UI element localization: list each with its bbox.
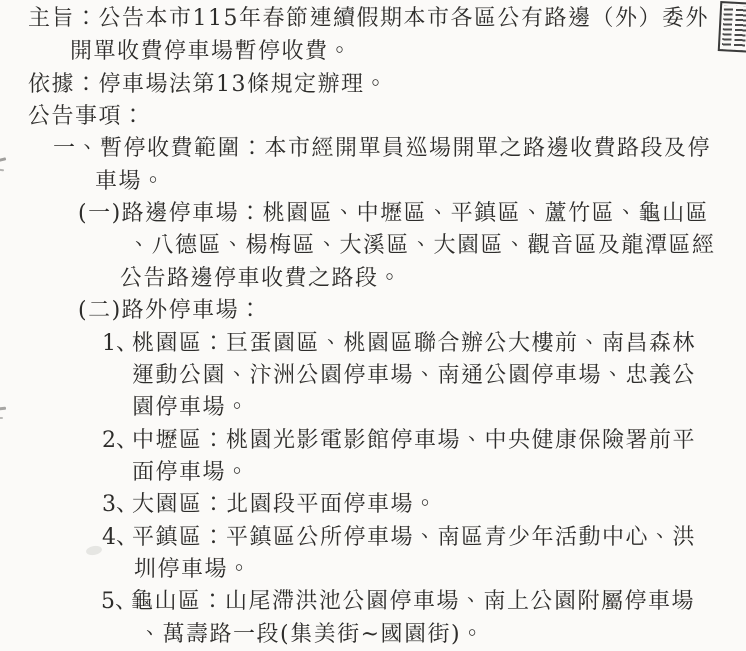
subject-line-1: 主旨：公告本市115年春節連續假期本市各區公有路邊（外）委外 [28,6,709,32]
scan-artifact [0,417,3,419]
entry-taoyuan-line-3: 園停車場。 [132,395,250,421]
entry-guishan-line-1: 5、龜山區：山尾滯洪池公園停車場、南上公園附屬停車場 [101,589,695,615]
roadside-line-1: (一)路邊停車場：桃園區、中壢區、平鎮區、蘆竹區、龜山區 [78,201,709,227]
scan-artifact [0,407,6,411]
offstreet-header: (二)路外停車場： [78,298,263,324]
roadside-line-2: 、八德區、楊梅區、大溪區、大園區、觀音區及龍潭區經 [128,233,716,259]
entry-zhongli-line-2: 面停車場。 [132,460,250,486]
entry-taoyuan-line-2: 運動公園、汴洲公園停車場、南通公園停車場、忠義公 [132,363,696,389]
entry-taoyuan-line-1: 1、桃園區：巨蛋園區、桃園區聯合辦公大樓前、南昌森林 [102,331,696,357]
entry-zhongli-line-1: 2、中壢區：桃園光影電影館停車場、中央健康保險署前平 [102,428,696,454]
entry-pingzhen-line-2: 圳停車場。 [134,557,252,583]
scan-artifact [0,169,4,172]
scan-artifact [0,157,6,162]
scope-line-1: 一、暫停收費範圍：本市經開單員巡場開單之路邊收費路段及停 [53,136,711,162]
entry-text: 桃園區：巨蛋園區、桃園區聯合辦公大樓前、南昌森林 [132,331,696,356]
legal-basis-line: 依據：停車場法第13條規定辦理。 [28,72,388,98]
scanned-announcement-document: 主旨：公告本市115年春節連續假期本市各區公有路邊（外）委外 開單收費停車場暫停… [0,0,746,651]
entry-text: 大園區：北園段平面停車場。 [132,492,438,517]
scan-smudge [85,545,102,557]
official-seal-icon [718,1,746,53]
scope-line-2: 車場。 [95,169,166,195]
entry-pingzhen-line-1: 4、平鎮區：平鎮區公所停車場、南區青少年活動中心、洪 [102,525,696,551]
entry-number: 4、 [102,525,132,551]
entry-guishan-line-2: 、萬壽路一段(集美街~國園街)。 [139,622,485,648]
roadside-line-3: 公告路邊停車收費之路段。 [120,266,402,292]
entry-number: 2、 [102,428,132,454]
entry-dayuan-line-1: 3、大園區：北園段平面停車場。 [102,492,438,518]
items-header: 公告事項： [28,104,146,130]
entry-text: 龜山區：山尾滯洪池公園停車場、南上公園附屬停車場 [131,589,695,614]
subject-line-2: 開單收費停車場暫停收費。 [70,39,352,65]
entry-number: 5、 [101,589,131,615]
entry-text: 平鎮區：平鎮區公所停車場、南區青少年活動中心、洪 [132,525,696,550]
entry-number: 3、 [102,492,132,518]
entry-text: 中壢區：桃園光影電影館停車場、中央健康保險署前平 [132,428,696,453]
entry-number: 1、 [102,331,132,357]
